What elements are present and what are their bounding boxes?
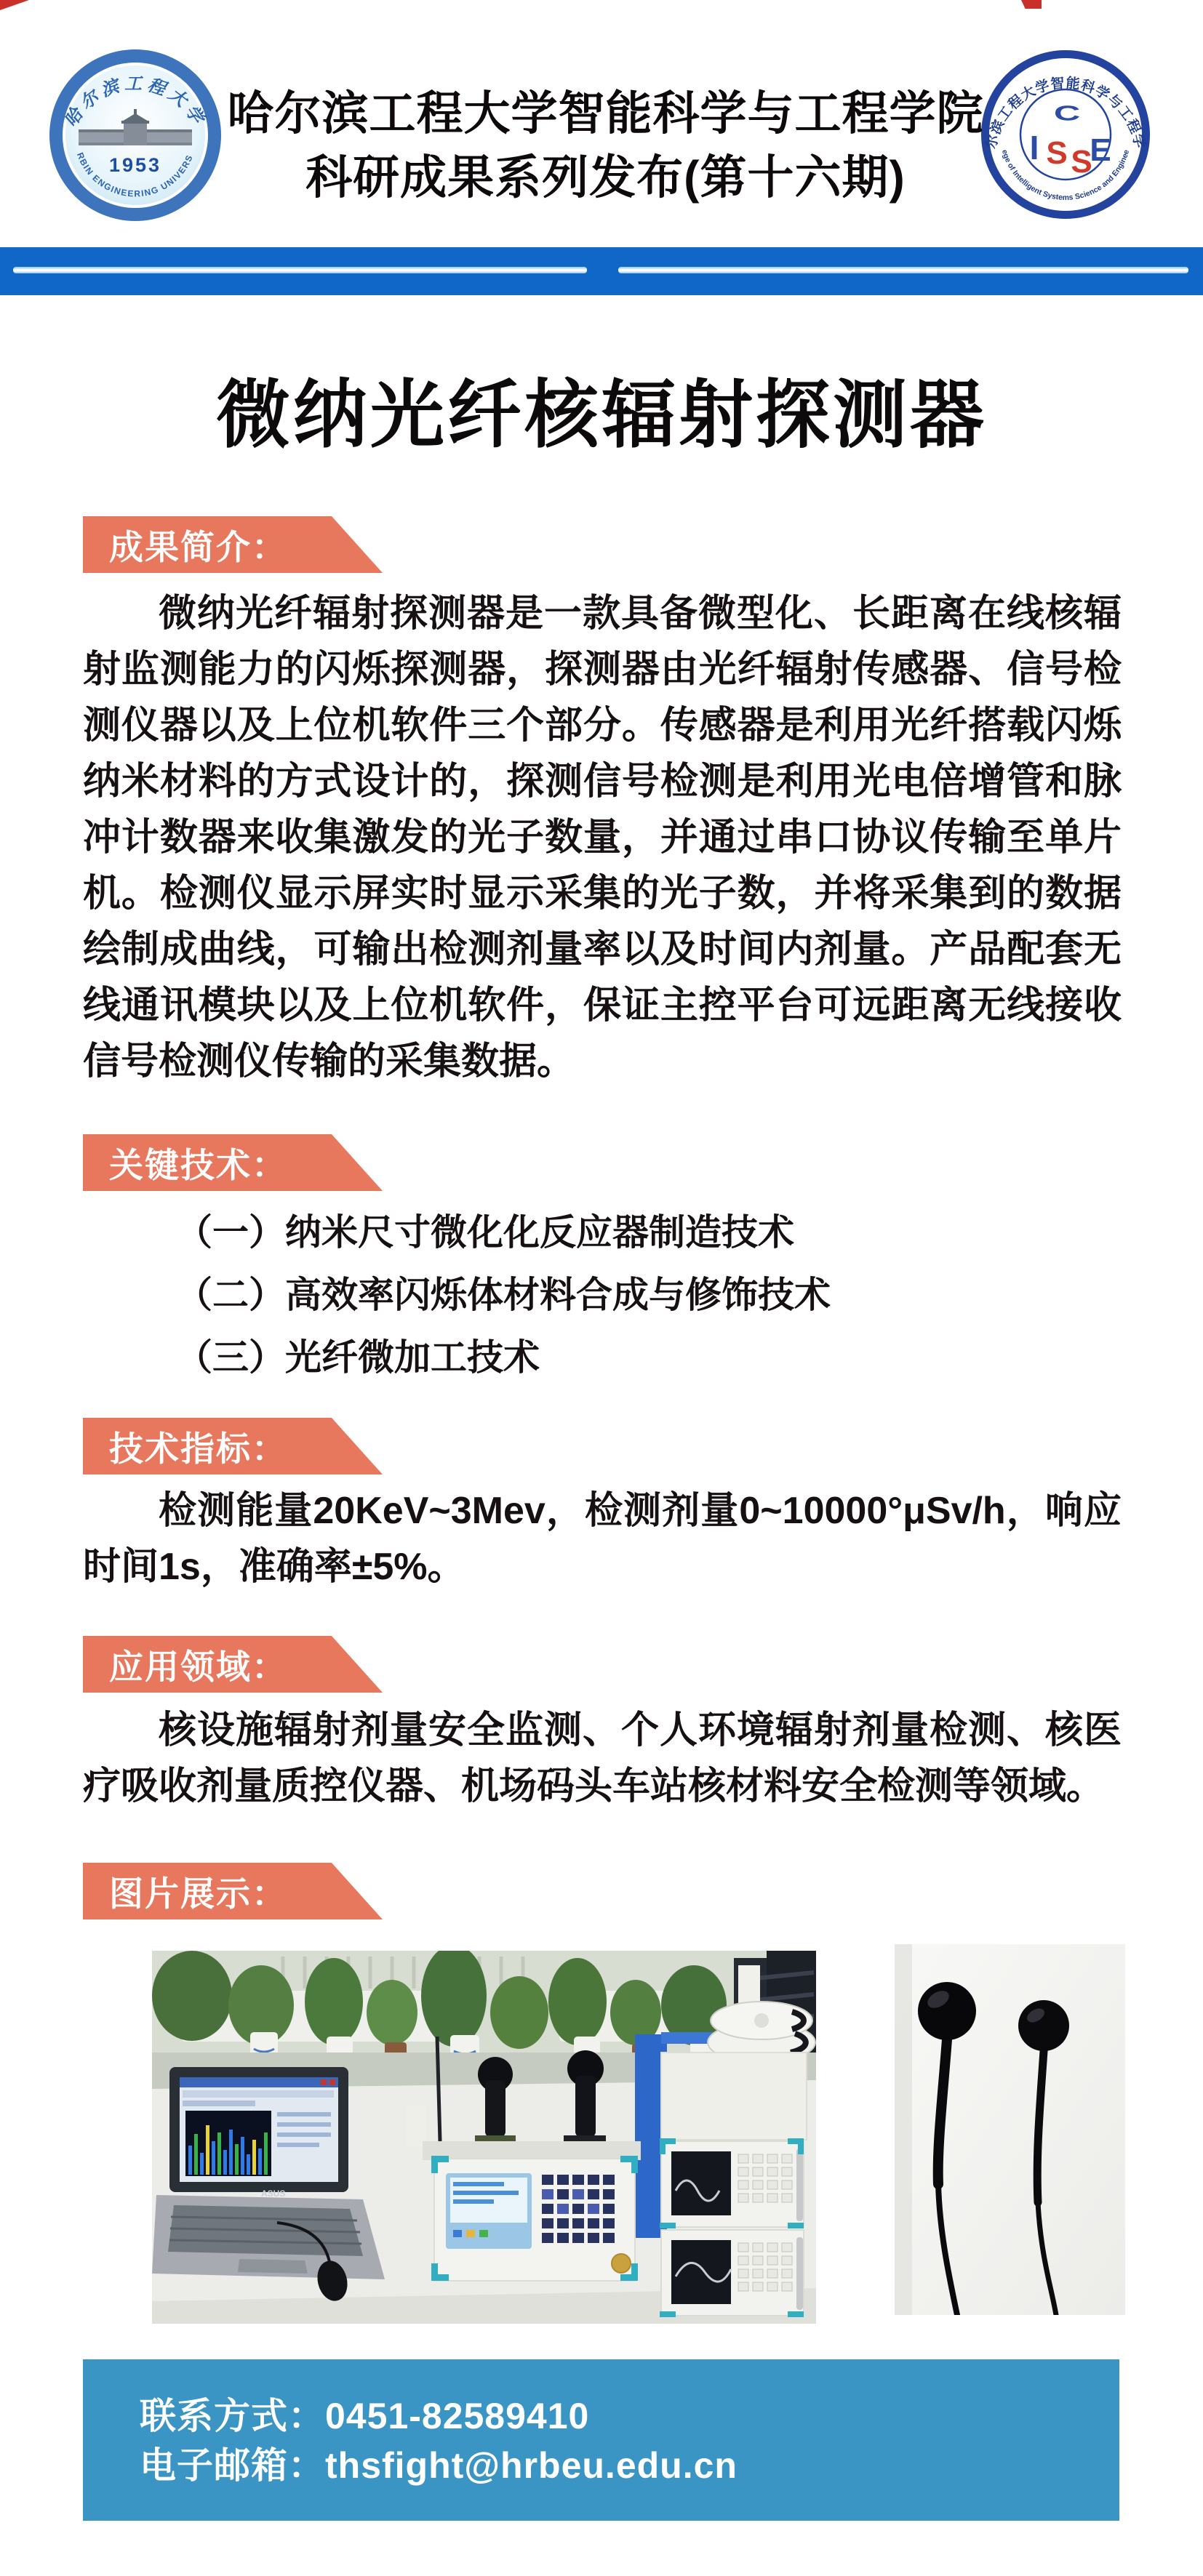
section-label-gallery: 图片展示： (83, 1863, 383, 1919)
heu-university-seal-logo: 1953 哈尔滨工程大学 HARBIN ENGINEERING UNIVERSI… (48, 48, 223, 222)
divider-line-left (13, 267, 587, 273)
svg-text:C: C (1054, 101, 1080, 124)
header-title-block: 哈尔滨工程大学智能科学与工程学院 科研成果系列发布(第十六期) (222, 81, 989, 209)
contact-phone-label: 联系方式： (140, 2396, 325, 2436)
contact-email-value: thsfight@hrbeu.edu.cn (325, 2445, 738, 2486)
fiber-probes-photo (895, 1944, 1125, 2315)
header-title-line2: 科研成果系列发布(第十六期) (222, 145, 989, 209)
red-corner-mark-left (0, 0, 29, 10)
contact-email-line: 电子邮箱：thsfight@hrbeu.edu.cn (140, 2441, 738, 2490)
key-tech-list: （一）纳米尺寸微化化反应器制造技术 （二）高效率闪烁体材料合成与修饰技术 （三）… (176, 1201, 831, 1389)
section-label-applications: 应用领域： (83, 1636, 383, 1693)
laptop-brand-label: ASUS (261, 2188, 285, 2199)
specs-paragraph: 检测能量20KeV~3Mev，检测剂量0~10000°μSv/h，响应时间1s，… (83, 1483, 1122, 1595)
contact-email-label: 电子邮箱： (140, 2445, 325, 2486)
section-label-intro: 成果简介： (83, 516, 383, 573)
section-label-key-tech: 关键技术： (83, 1134, 383, 1191)
svg-text:E: E (1090, 132, 1111, 168)
key-tech-item-1: （一）纳米尺寸微化化反应器制造技术 (176, 1201, 831, 1264)
contact-phone-line: 联系方式：0451-82589410 (140, 2391, 738, 2441)
divider-line-right (618, 267, 1188, 273)
right-instrument-stack (660, 2053, 807, 2317)
contact-footer: 联系方式：0451-82589410 电子邮箱：thsfight@hrbeu.e… (83, 2359, 1119, 2521)
contact-phone-value: 0451-82589410 (325, 2396, 589, 2436)
header-title-line1: 哈尔滨工程大学智能科学与工程学院 (222, 81, 989, 145)
seal-year: 1953 (109, 154, 161, 176)
key-tech-item-3: （三）光纤微加工技术 (176, 1326, 831, 1389)
detector-lab-setup-photo: ASUS (152, 1951, 816, 2324)
center-instrument (423, 2141, 641, 2281)
svg-text:S: S (1071, 144, 1092, 180)
page-title: 微纳光纤核辐射探测器 (0, 356, 1203, 462)
red-corner-mark-right (1021, 0, 1042, 9)
applications-paragraph: 核设施辐射剂量安全监测、个人环境辐射剂量检测、核医疗吸收剂量质控仪器、机场码头车… (83, 1703, 1122, 1815)
cisse-college-logo: 哈尔滨工程大学智能科学与工程学院 College of Intelligent … (980, 49, 1151, 220)
intro-paragraph: 微纳光纤辐射探测器是一款具备微型化、长距离在线核辐射监测能力的闪烁探测器，探测器… (83, 586, 1122, 1090)
blue-divider-bar (0, 247, 1203, 295)
key-tech-item-2: （二）高效率闪烁体材料合成与修饰技术 (176, 1264, 831, 1326)
svg-text:S: S (1046, 135, 1067, 171)
section-label-specs: 技术指标： (83, 1418, 383, 1474)
svg-text:I: I (1030, 129, 1039, 166)
poster-page: 1953 哈尔滨工程大学 HARBIN ENGINEERING UNIVERSI… (0, 0, 1203, 2576)
